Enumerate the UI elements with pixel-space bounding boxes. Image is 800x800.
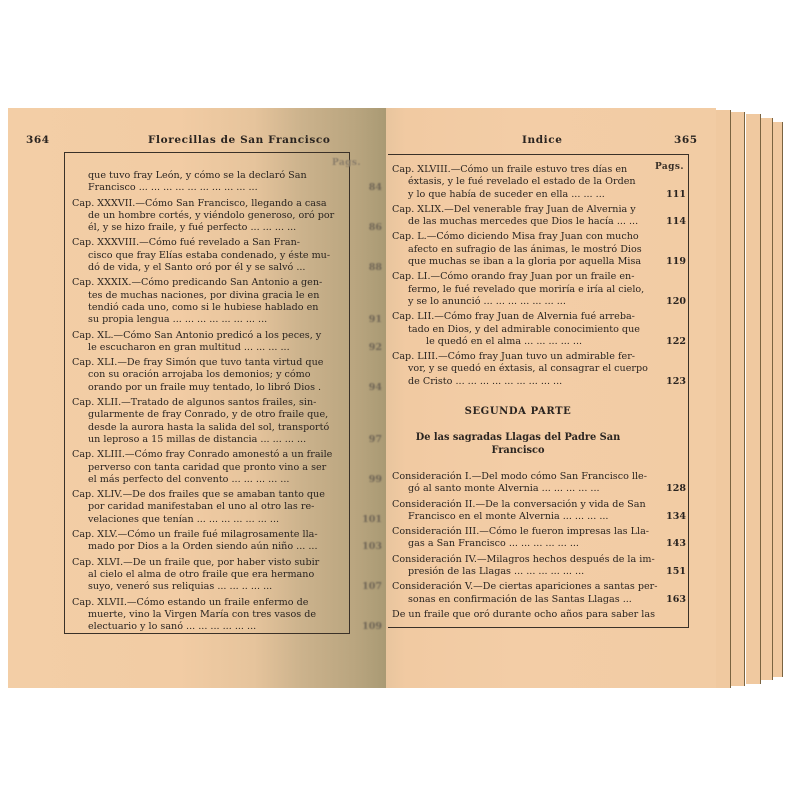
entry-line: con su oración arrojaba los demonios; y … xyxy=(72,369,342,381)
entry-page: 120 xyxy=(666,296,686,308)
right-pags-label: Pags. xyxy=(655,162,684,172)
index-entry: Cap. XLIII.—Cómo fray Conrado amonestó a… xyxy=(72,449,342,486)
entry-line: Cap. XLIX.—Del venerable fray Juan de Al… xyxy=(392,204,644,216)
entry-page: 86 xyxy=(369,222,382,234)
entry-line: presión de las Llagas ... ... ... ... ..… xyxy=(392,566,644,578)
entry-line: por caridad manifestaban el uno al otro … xyxy=(72,501,342,513)
index-entry: Consideración IV.—Milagros hechos despué… xyxy=(392,554,644,579)
entry-page: 134 xyxy=(666,511,686,523)
entry-line: Francisco en el monte Alvernia ... ... .… xyxy=(392,511,644,523)
index-entry: Cap. XLVIII.—Cómo un fraile estuvo tres … xyxy=(392,164,644,201)
entry-line: Cap. XLII.—Tratado de algunos santos fra… xyxy=(72,397,342,409)
entry-page: 91 xyxy=(369,314,382,326)
entry-line: le quedó en el alma ... ... ... ... ... xyxy=(392,336,644,348)
page-edge xyxy=(772,122,783,677)
entry-line: Consideración V.—De ciertas apariciones … xyxy=(392,581,644,593)
entry-line: que tuvo fray León, y cómo se la declaró… xyxy=(72,170,342,182)
entry-line: Cap. XLVI.—De un fraile que, por haber v… xyxy=(72,557,342,569)
page-edge xyxy=(760,118,773,680)
index-entry: Cap. XLI.—De fray Simón que tuvo tanta v… xyxy=(72,357,342,394)
entry-line: de Cristo ... ... ... ... ... ... ... ..… xyxy=(392,376,644,388)
entry-page: 88 xyxy=(369,262,382,274)
index-entry: Cap. XLIV.—De dos frailes que se amaban … xyxy=(72,489,342,526)
entry-line: Cap. XXXIX.—Cómo predicando San Antonio … xyxy=(72,277,342,289)
entry-line: afecto en sufragio de las ánimas, le mos… xyxy=(392,244,644,256)
entry-line: de las muchas mercedes que Dios le hacía… xyxy=(392,216,644,228)
entry-line: Cap. XLVII.—Cómo estando un fraile enfer… xyxy=(72,597,342,609)
entry-line: tes de muchas naciones, por divina graci… xyxy=(72,290,342,302)
entry-page: 103 xyxy=(362,541,382,553)
entry-line: y se lo anunció ... ... ... ... ... ... … xyxy=(392,296,644,308)
index-entry: Cap. LII.—Cómo fray Juan de Alvernia fué… xyxy=(392,311,644,348)
index-entry: Cap. XLVI.—De un fraile que, por haber v… xyxy=(72,557,342,594)
right-index-list: Cap. XLVIII.—Cómo un fraile estuvo tres … xyxy=(392,164,644,624)
entry-line: Cap. XXXVII.—Cómo San Francisco, llegand… xyxy=(72,198,342,210)
section-subtitle: De las sagradas Llagas del Padre San Fra… xyxy=(392,432,644,457)
entry-line: Cap. L.—Cómo diciendo Misa fray Juan con… xyxy=(392,231,644,243)
index-entry: Cap. XLII.—Tratado de algunos santos fra… xyxy=(72,397,342,446)
entry-line: vor, y se quedó en éxtasis, al consagrar… xyxy=(392,363,644,375)
entry-page: 119 xyxy=(666,256,686,268)
section-title: SEGUNDA PARTE xyxy=(392,406,644,418)
entry-line: velaciones que tenían ... ... ... ... ..… xyxy=(72,514,342,526)
entry-line: Cap. LI.—Cómo orando fray Juan por un fr… xyxy=(392,271,644,283)
entry-page: 107 xyxy=(362,581,382,593)
right-running-title: Indice xyxy=(522,134,563,146)
entry-page: 94 xyxy=(369,382,382,394)
open-book: 364 Florecillas de San Francisco Indice … xyxy=(0,0,800,800)
entry-line: Consideración I.—Del modo cómo San Franc… xyxy=(392,471,644,483)
page-edge xyxy=(716,110,731,688)
entry-line: Cap. XL.—Cómo San Antonio predicó a los … xyxy=(72,330,342,342)
index-entry: Cap. LI.—Cómo orando fray Juan por un fr… xyxy=(392,271,644,308)
entry-page: 92 xyxy=(369,342,382,354)
entry-line: Cap. XLVIII.—Cómo un fraile estuvo tres … xyxy=(392,164,644,176)
entry-line: tendió cada uno, como si le hubiese habl… xyxy=(72,302,342,314)
entry-line: el más perfecto del convento ... ... ...… xyxy=(72,474,342,486)
entry-page: 97 xyxy=(369,434,382,446)
entry-line: orando por un fraile muy tentado, lo lib… xyxy=(72,382,342,394)
index-entry: Cap. XL.—Cómo San Antonio predicó a los … xyxy=(72,330,342,355)
index-entry: Cap. L.—Cómo diciendo Misa fray Juan con… xyxy=(392,231,644,268)
entry-line: Cap. LII.—Cómo fray Juan de Alvernia fué… xyxy=(392,311,644,323)
index-entry: Cap. LIII.—Cómo fray Juan tuvo un admira… xyxy=(392,351,644,388)
entry-line: gularmente de fray Conrado, y de otro fr… xyxy=(72,409,342,421)
entry-line: electuario y lo sanó ... ... ... ... ...… xyxy=(72,621,342,633)
entry-page: 109 xyxy=(362,621,382,633)
entry-line: gó al santo monte Alvernia ... ... ... .… xyxy=(392,483,644,495)
index-entry: De un fraile que oró durante ocho años p… xyxy=(392,609,644,621)
entry-line: muerte, vino la Virgen María con tres va… xyxy=(72,609,342,621)
entry-line: fermo, le fué revelado que moriría e irí… xyxy=(392,284,644,296)
entry-line: De un fraile que oró durante ocho años p… xyxy=(392,609,644,621)
entry-line: Consideración IV.—Milagros hechos despué… xyxy=(392,554,644,566)
entry-line: éxtasis, y le fué revelado el estado de … xyxy=(392,176,644,188)
entry-line: de un hombre cortés, y viéndolo generoso… xyxy=(72,210,342,222)
entry-line: tado en Dios, y del admirable conocimien… xyxy=(392,324,644,336)
entry-line: mado por Dios a la Orden siendo aún niño… xyxy=(72,541,342,553)
entry-line: cisco que fray Elías estaba condenado, y… xyxy=(72,250,342,262)
entry-line: dó de vida, y el Santo oró por él y se s… xyxy=(72,262,342,274)
left-page-number: 364 xyxy=(26,134,50,146)
index-entry: Consideración I.—Del modo cómo San Franc… xyxy=(392,471,644,496)
entry-page: 99 xyxy=(369,474,382,486)
page-edge xyxy=(730,112,745,686)
page-edge xyxy=(746,114,761,684)
entry-line: Cap. XLIII.—Cómo fray Conrado amonestó a… xyxy=(72,449,342,461)
entry-page: 163 xyxy=(666,594,686,606)
entry-line: Consideración III.—Cómo le fueron impres… xyxy=(392,526,644,538)
index-entry: Consideración II.—De la conversación y v… xyxy=(392,499,644,524)
index-entry: Consideración V.—De ciertas apariciones … xyxy=(392,581,644,606)
entry-page: 114 xyxy=(666,216,686,228)
entry-page: 123 xyxy=(666,376,686,388)
entry-line: Cap. XLI.—De fray Simón que tuvo tanta v… xyxy=(72,357,342,369)
right-page-number: 365 xyxy=(674,134,698,146)
entry-line: Consideración II.—De la conversación y v… xyxy=(392,499,644,511)
index-entry: Cap. XXXVII.—Cómo San Francisco, llegand… xyxy=(72,198,342,235)
entry-line: Cap. XLIV.—De dos frailes que se amaban … xyxy=(72,489,342,501)
entry-line: y lo que había de suceder en ella ... ..… xyxy=(392,189,644,201)
entry-line: Francisco ... ... ... ... ... ... ... ..… xyxy=(72,182,342,194)
entry-page: 101 xyxy=(362,514,382,526)
left-pags-label: Pags. xyxy=(332,158,361,168)
entry-line: él, y se hizo fraile, y fué perfecto ...… xyxy=(72,222,342,234)
entry-page: 111 xyxy=(666,189,686,201)
index-entry: Cap. XLIX.—Del venerable fray Juan de Al… xyxy=(392,204,644,229)
entry-line: que muchas se iban a la gloria por aquel… xyxy=(392,256,644,268)
left-running-title: Florecillas de San Francisco xyxy=(148,134,330,146)
entry-line: un leproso a 15 millas de distancia ... … xyxy=(72,434,342,446)
index-entry: Cap. XXXIX.—Cómo predicando San Antonio … xyxy=(72,277,342,326)
entry-line: suyo, veneró sus reliquias ... ... .. ..… xyxy=(72,581,342,593)
index-entry: Consideración III.—Cómo le fueron impres… xyxy=(392,526,644,551)
entry-line: Cap. XLV.—Cómo un fraile fué milagrosame… xyxy=(72,529,342,541)
entry-line: sonas en confirmación de las Santas Llag… xyxy=(392,594,644,606)
entry-page: 143 xyxy=(666,538,686,550)
entry-line: su propia lengua ... ... ... ... ... ...… xyxy=(72,314,342,326)
index-entry: Cap. XLV.—Cómo un fraile fué milagrosame… xyxy=(72,529,342,554)
entry-line: le escucharon en gran multitud ... ... .… xyxy=(72,342,342,354)
entry-line: Cap. LIII.—Cómo fray Juan tuvo un admira… xyxy=(392,351,644,363)
index-entry: Cap. XXXVIII.—Cómo fué revelado a San Fr… xyxy=(72,237,342,274)
left-index-list: que tuvo fray León, y cómo se la declaró… xyxy=(72,170,342,636)
entry-line: perverso con tanta caridad que pronto vi… xyxy=(72,462,342,474)
entry-page: 84 xyxy=(369,182,382,194)
index-entry: Cap. XLVII.—Cómo estando un fraile enfer… xyxy=(72,597,342,634)
entry-page: 128 xyxy=(666,483,686,495)
entry-line: gas a San Francisco ... ... ... ... ... … xyxy=(392,538,644,550)
index-entry: que tuvo fray León, y cómo se la declaró… xyxy=(72,170,342,195)
entry-line: desde la aurora hasta la salida del sol,… xyxy=(72,422,342,434)
entry-page: 151 xyxy=(666,566,686,578)
entry-line: Cap. XXXVIII.—Cómo fué revelado a San Fr… xyxy=(72,237,342,249)
entry-line: al cielo el alma de otro fraile que era … xyxy=(72,569,342,581)
entry-page: 122 xyxy=(666,336,686,348)
